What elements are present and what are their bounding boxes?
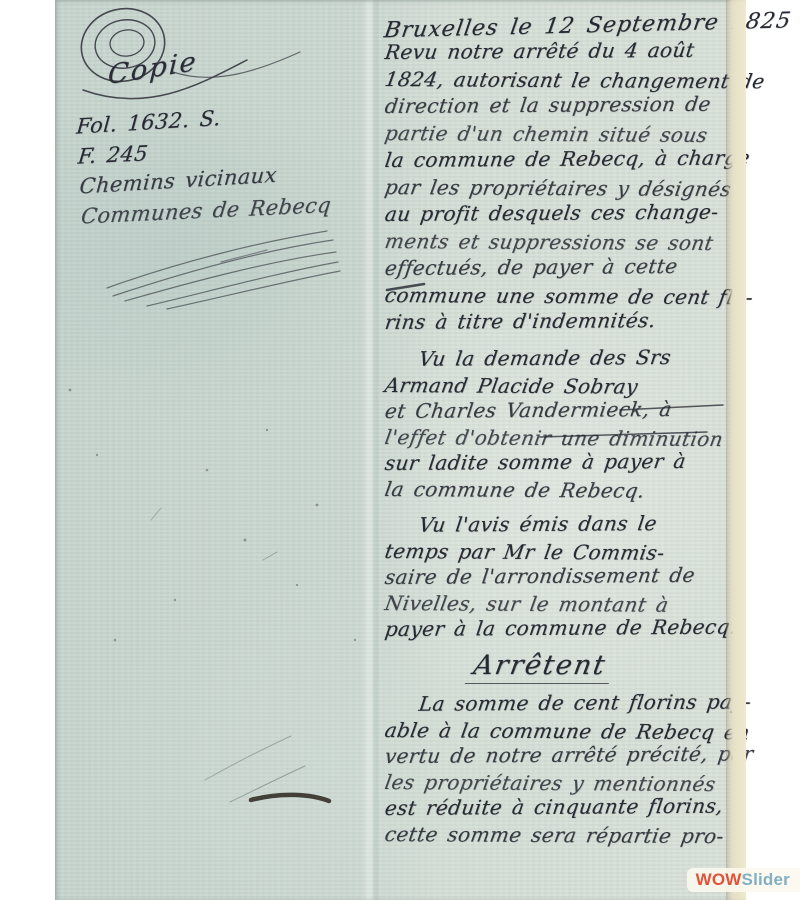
handwritten-line: rins à titre d'indemnités.	[383, 307, 737, 336]
handwritten-line: et Charles Vandermieck, à	[383, 396, 737, 424]
handwritten-line: payer à la commune de Rebecq.	[383, 614, 737, 642]
paragraph-decision: La somme de cent florins pay-able à la c…	[385, 691, 735, 847]
page-edge	[726, 0, 746, 900]
wowslider-watermark[interactable]: WOWSlider	[687, 868, 800, 892]
handwritten-line: sur ladite somme à payer à	[383, 448, 737, 476]
handwritten-line: La somme de cent florins pay-	[383, 689, 737, 717]
copie-label: Copie	[107, 26, 325, 91]
manuscript-page: Copie Fol. 1632. S.F. 245Chemins vicinau…	[55, 0, 746, 900]
paragraph-arrete: Revu notre arrêté du 4 août1824, autoris…	[385, 39, 735, 336]
handwritten-line: cette somme sera répartie pro-	[383, 821, 737, 849]
watermark-slider: Slider	[742, 870, 790, 890]
margin-annotations: Copie Fol. 1632. S.F. 245Chemins vicinau…	[72, 38, 332, 232]
arretent-heading: Arrêtent	[382, 650, 697, 681]
handwritten-line: la commune de Rebecq.	[383, 476, 737, 504]
arretent-heading-text: Arrêtent	[465, 650, 615, 684]
bottom-smudges	[205, 736, 329, 802]
slider-stage: Copie Fol. 1632. S.F. 245Chemins vicinau…	[0, 0, 800, 900]
handwritten-line: Vu la demande des Srs	[383, 344, 737, 372]
letter-body: Bruxelles le 12 Septembre 1825 Revu notr…	[385, 14, 735, 847]
hatch-strokes	[107, 231, 340, 309]
paragraph-avis: Vu l'avis émis dans letemps par Mr le Co…	[385, 512, 735, 642]
handwritten-line: vertu de notre arrêté précité, par	[383, 741, 737, 769]
handwritten-line: est réduite à cinquante florins,	[383, 793, 737, 821]
handwritten-line: effectués, de payer à cette	[383, 253, 737, 282]
handwritten-line: la commune de Rebecq, à charge	[383, 145, 737, 174]
handwritten-line: saire de l'arrondissement de	[383, 562, 737, 590]
ink-flecks	[69, 389, 357, 642]
handwritten-line: Vu l'avis émis dans le	[383, 510, 737, 538]
file-reference-lines: Fol. 1632. S.F. 245Chemins vicinauxCommu…	[76, 98, 332, 231]
handwritten-line: Revu notre arrêté du 4 août	[383, 37, 737, 66]
watermark-wow: WOW	[696, 870, 742, 890]
handwritten-line: direction et la suppression de	[383, 91, 737, 120]
handwritten-line: au profit desquels ces change-	[383, 199, 737, 228]
paragraph-demande: Vu la demande des SrsArmand Placide Sobr…	[385, 346, 735, 502]
